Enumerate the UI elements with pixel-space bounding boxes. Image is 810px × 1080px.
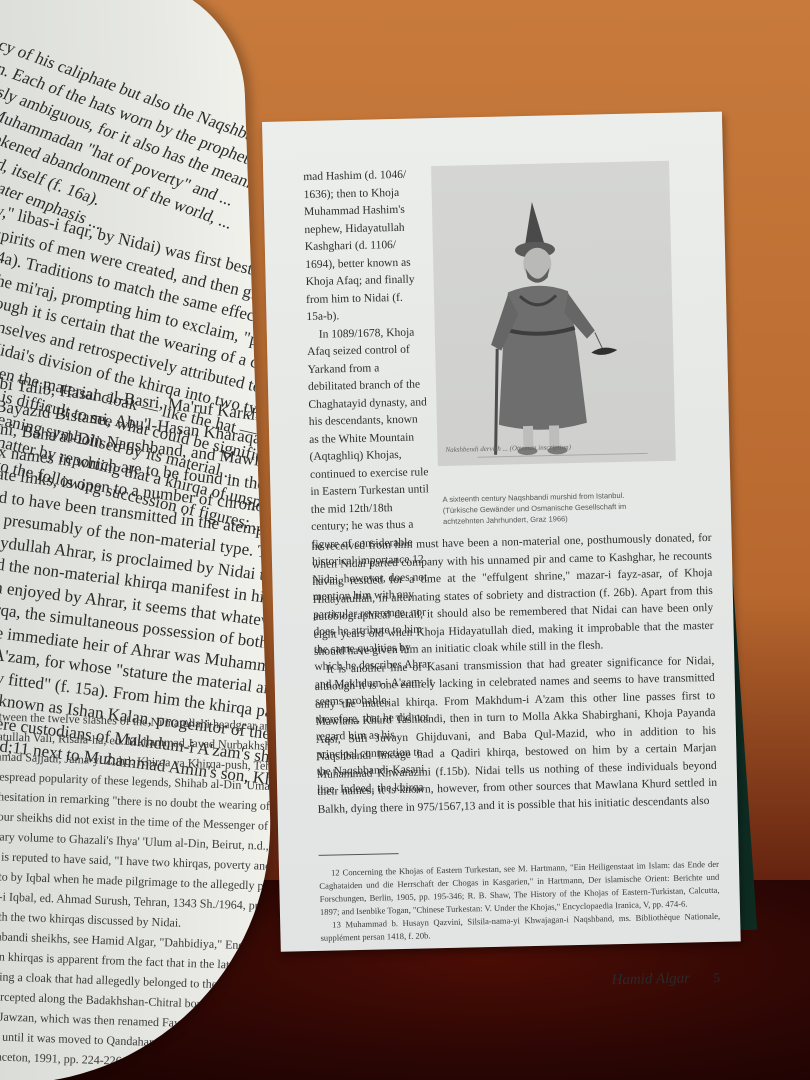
footnotes: 12 Concerning the Khojas of Eastern Turk… xyxy=(319,858,721,945)
left-page: legitimacy of his caliphate but also the… xyxy=(0,0,279,1080)
right-page-content: mad Hashim (d. 1046/ 1636); then to Khoj… xyxy=(303,160,703,169)
paragraph: he received from him must have been a no… xyxy=(311,530,714,662)
dervish-portrait-icon xyxy=(431,161,676,466)
figure-caption: A sixteenth century Naqshbandi murshid f… xyxy=(442,488,693,527)
paragraph: It is another line of Kasani transmissio… xyxy=(314,652,717,819)
left-page-footnotes: tion between the twelve slashes of the N… xyxy=(0,705,266,1075)
body-text: he received from him must have been a no… xyxy=(311,530,717,819)
right-page: mad Hashim (d. 1046/ 1636); then to Khoj… xyxy=(262,112,741,952)
page-number: 5 xyxy=(713,970,720,986)
paragraph: mad Hashim (d. 1046/ 1636); then to Khoj… xyxy=(303,166,427,326)
footnote-divider xyxy=(319,853,399,856)
footnote-12: 12 Concerning the Khojas of Eastern Turk… xyxy=(319,858,720,919)
figure-illustration: Nakshbendi dervish ... (Ottoman inscript… xyxy=(431,161,676,466)
running-footer-author: Hamid Algar xyxy=(611,971,690,990)
